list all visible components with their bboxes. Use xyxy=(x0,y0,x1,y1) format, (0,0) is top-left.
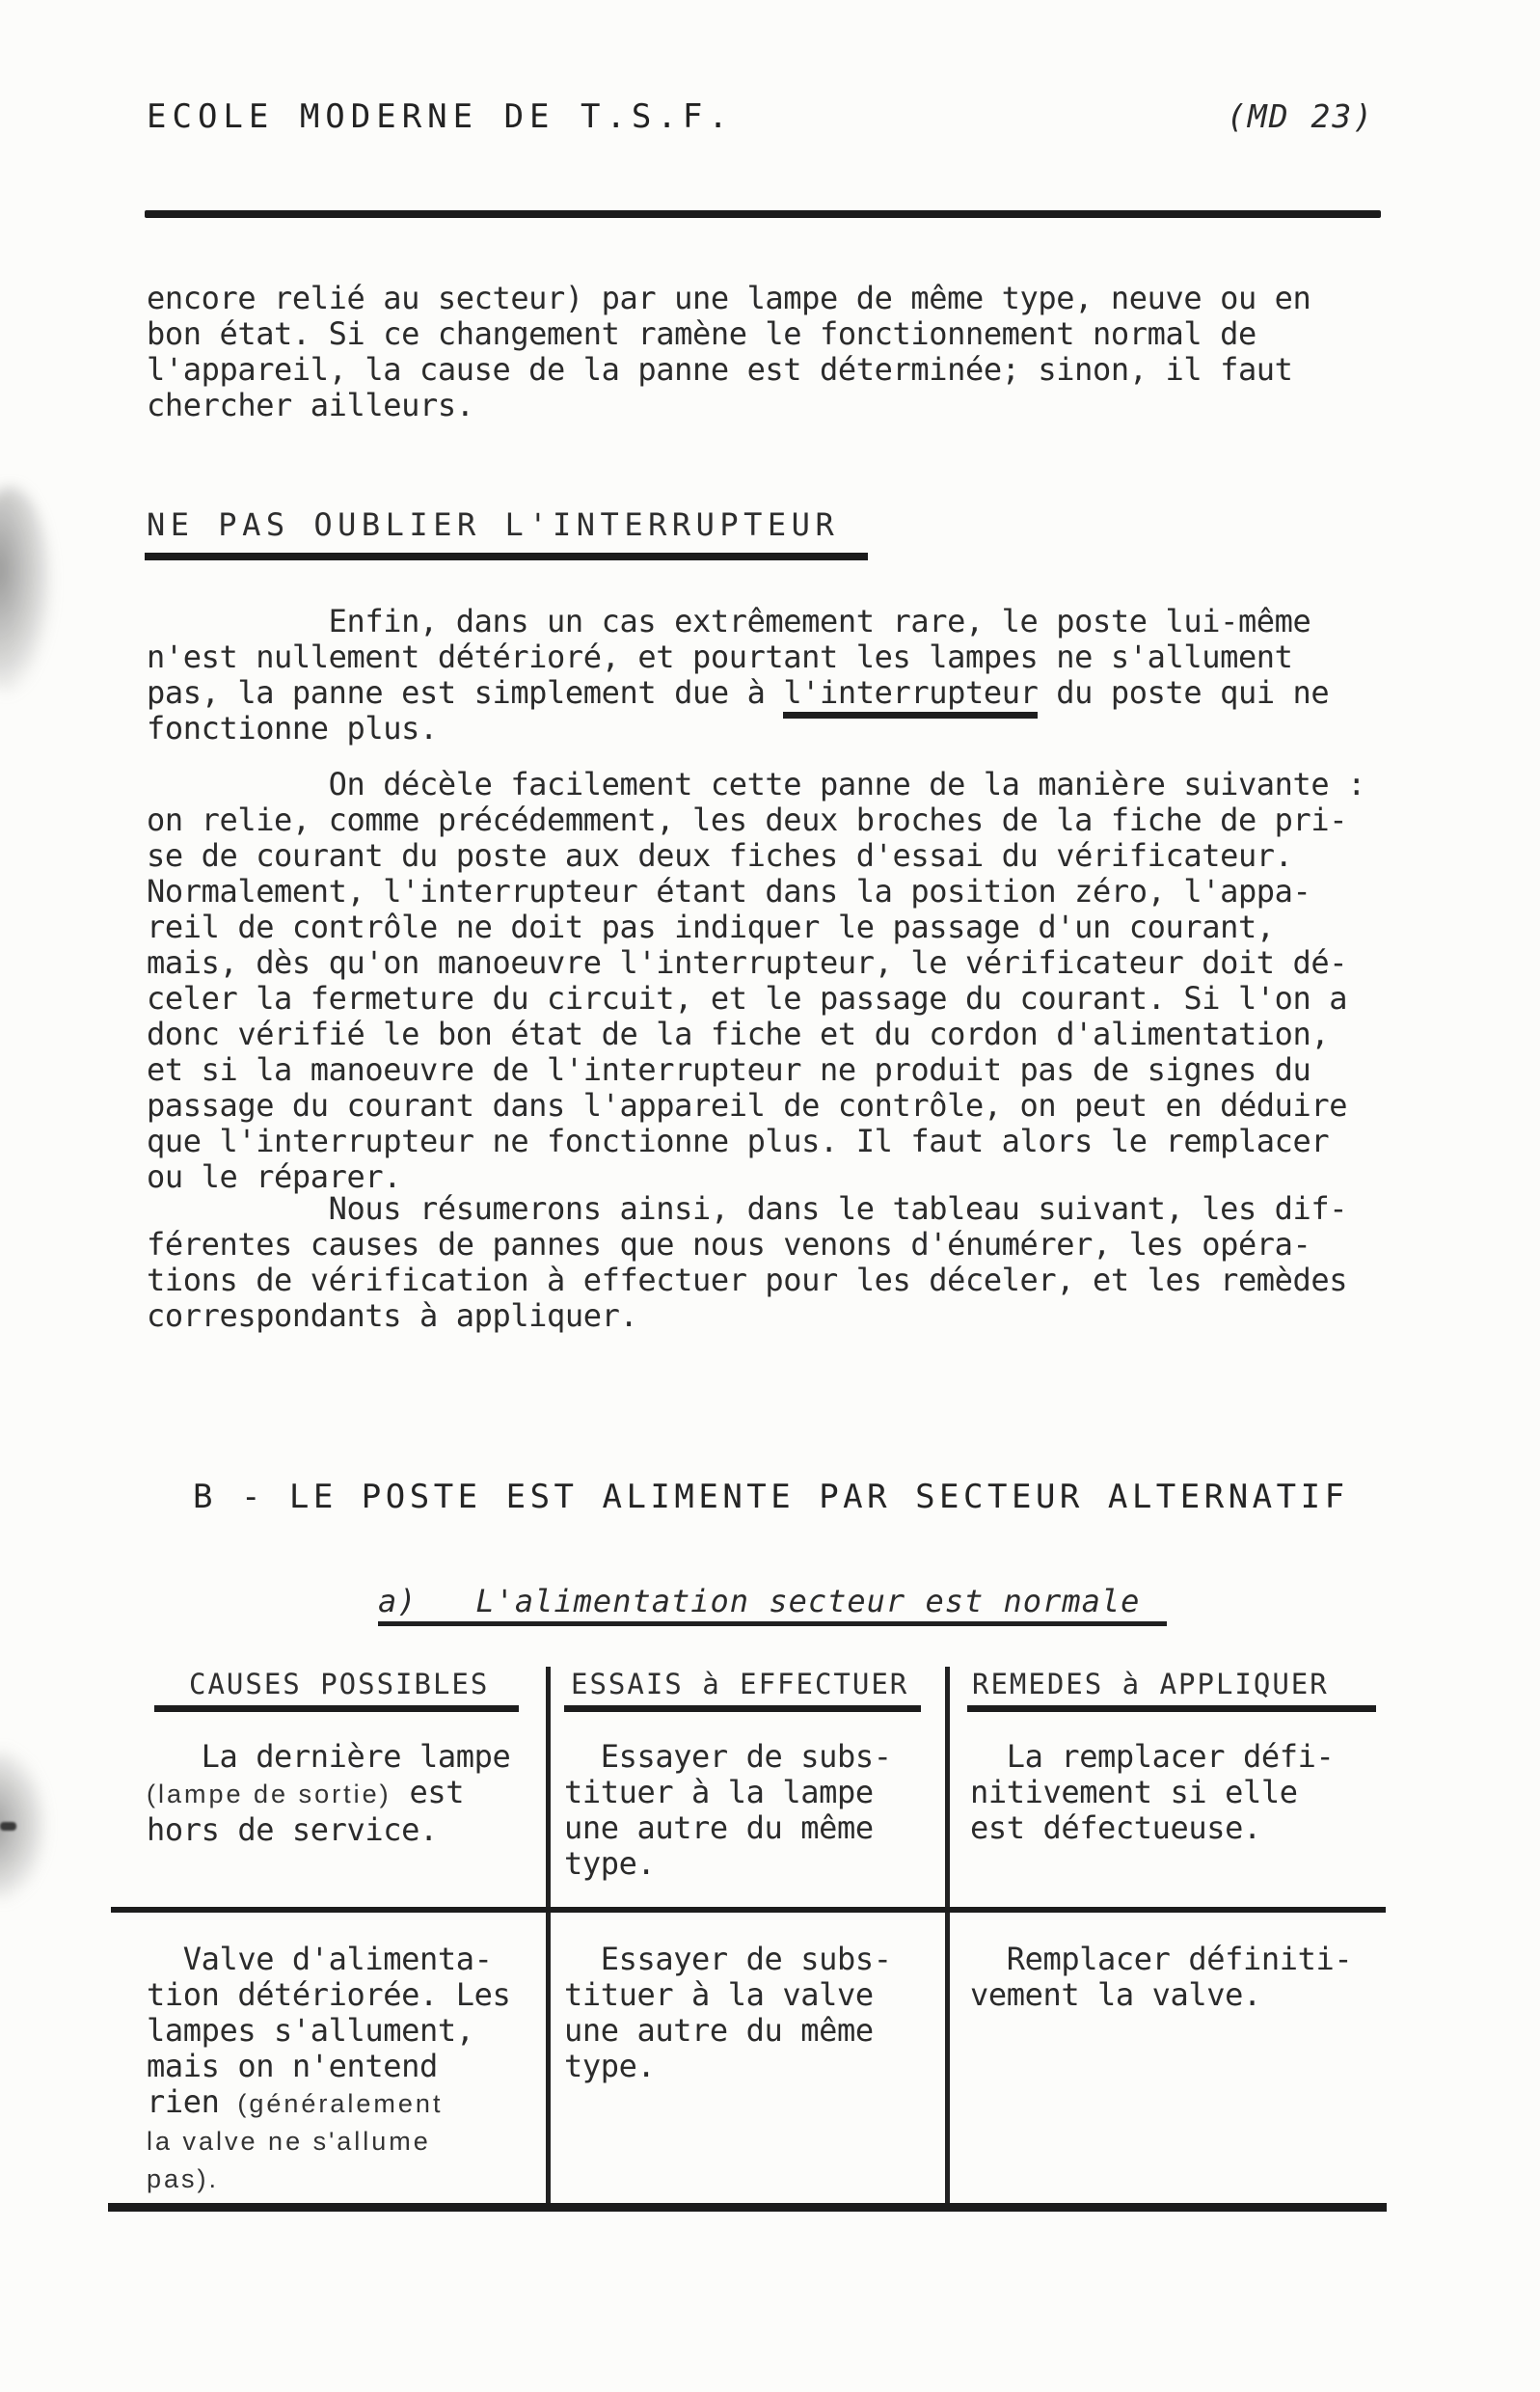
cause-inserted-note: (lampe de sortie) xyxy=(147,1780,392,1808)
table-row-separator xyxy=(111,1907,1386,1913)
cell-essai-row2: Essayer de subs- tituer à la valve une a… xyxy=(564,1942,892,2084)
scanned-document-page: ECOLE MODERNE DE T.S.F. (MD 23) encore r… xyxy=(0,0,1540,2392)
underlined-term: l'interrupteur xyxy=(783,674,1038,719)
scan-smudge-top xyxy=(0,487,52,694)
doc-reference-code: (MD 23) xyxy=(1227,97,1374,135)
table-header-causes: CAUSES POSSIBLES xyxy=(189,1668,489,1700)
cell-remede-row1: La remplacer défi- nitivement si elle es… xyxy=(970,1739,1334,1846)
section-a-subtitle: a) L'alimentation secteur est normale xyxy=(378,1583,1167,1626)
scan-smudge-dash xyxy=(0,1822,16,1831)
table-column-separator-1 xyxy=(546,1667,551,2203)
section-b-title: B - LE POSTE EST ALIMENTE PAR SECTEUR AL… xyxy=(193,1478,1349,1516)
cell-cause-row1: La dernière lampe (lampe de sortie) est … xyxy=(147,1739,510,1848)
doc-title: ECOLE MODERNE DE T.S.F. xyxy=(147,97,734,136)
header-underline-essais xyxy=(564,1705,921,1712)
cell-cause-row2: Valve d'alimenta- tion détériorée. Les l… xyxy=(147,1942,510,2197)
table-header-essais: ESSAIS à EFFECTUER xyxy=(571,1668,908,1700)
paragraph-summary: Nous résumerons ainsi, dans le tableau s… xyxy=(147,1191,1347,1334)
table-header-remedes: REMEDES à APPLIQUER xyxy=(972,1668,1329,1700)
cell-essai-row1: Essayer de subs- tituer à la lampe une a… xyxy=(564,1739,892,1882)
cause-text: La dernière lampe xyxy=(147,1738,510,1775)
section-heading-interrupteur: NE PAS OUBLIER L'INTERRUPTEUR xyxy=(147,506,839,543)
header-underline-remedes xyxy=(967,1705,1376,1712)
table-bottom-rule xyxy=(108,2203,1387,2212)
table-column-separator-2 xyxy=(945,1667,950,2203)
paragraph-intro: encore relié au secteur) par une lampe d… xyxy=(147,281,1310,423)
cell-remede-row2: Remplacer définiti- vement la valve. xyxy=(970,1942,1352,2013)
paragraph-interrupteur: Enfin, dans un cas extrêmement rare, le … xyxy=(147,604,1329,747)
paragraph-detection: On décèle facilement cette panne de la m… xyxy=(147,767,1365,1195)
header-underline-causes xyxy=(154,1705,519,1712)
header-rule xyxy=(145,210,1381,218)
section-heading-underline xyxy=(145,553,868,560)
